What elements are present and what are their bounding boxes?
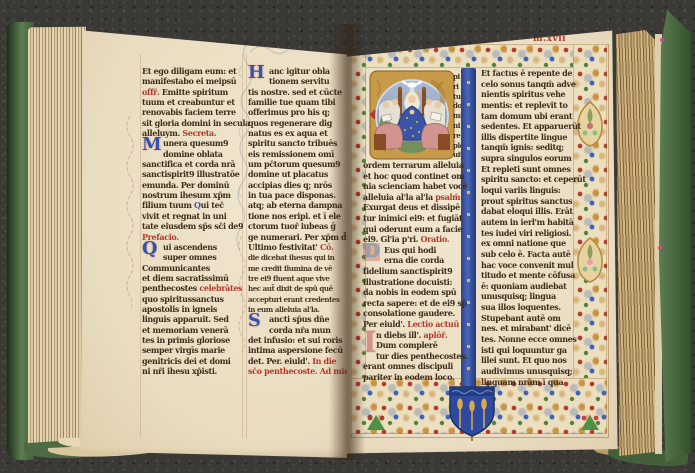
text-line: corda nr̄a mun <box>248 325 348 335</box>
text-line: Et repleti sunt omnes <box>481 164 571 175</box>
text-segment: in tua pace disponas. <box>248 190 336 200</box>
text-segment: anc igitur obla <box>269 66 330 76</box>
gold-teardrop-motif <box>575 236 605 284</box>
ruling-line <box>140 54 141 438</box>
text-segment: In die <box>312 356 336 366</box>
text-line: et diem sacratissimū <box>142 273 242 283</box>
text-line: unusquisq; lingua <box>481 291 571 302</box>
text-segment: ex omni natione que <box>481 238 566 248</box>
text-segment: apostolis in igneis <box>142 304 217 314</box>
text-segment: prout spiritus sanctus <box>481 196 572 206</box>
text-line: hac voce convenit mul <box>481 260 571 271</box>
text-segment: tur inimici ei9: et fugiāt <box>363 213 462 223</box>
text-line: det. Per. eiuld'. In die <box>248 356 348 366</box>
text-line: alleluia al'la al'la psalm̄ <box>363 192 459 203</box>
text-segment: ni nr̄i ihesu xp̄isti. <box>142 366 217 376</box>
pentecost-miniature <box>369 70 455 160</box>
text-segment: linguis apparuit. Sed <box>142 314 229 324</box>
text-segment: det infusio: et sui roris <box>248 335 342 345</box>
text-line: sua illos loquentes. <box>481 302 571 313</box>
text-line: autem in ierl'm habitā <box>481 217 571 228</box>
text-line: Et ego diligam eum: et <box>142 66 242 76</box>
text-line: nes. et mirabant' dicē <box>481 323 571 334</box>
text-segment: tanqm̄ ignis: seditq; <box>481 142 564 152</box>
text-line: um pc̄torum quesum9 <box>248 159 348 169</box>
text-segment: supra singulos eorum <box>481 153 571 163</box>
text-segment: aplōr̄. <box>423 330 447 340</box>
text-segment: erna die corda <box>384 255 444 265</box>
pen-flourish-red <box>122 112 138 327</box>
text-line: loqui variis linguis: <box>481 185 571 196</box>
text-line: ex omni natione que <box>481 238 571 249</box>
text-line: nia scienciam habet vocē <box>363 181 459 192</box>
text-line: titudo et mente cōfusa <box>481 270 571 281</box>
text-segment: autem in ierl'm habitā <box>481 217 574 227</box>
text-line: linguam nrām ī qua <box>481 377 571 388</box>
text-segment: renovabis faciem terre <box>142 107 236 117</box>
text-segment: Ultimo festivitat' <box>248 242 320 252</box>
text-segment: sanctifica et corda nrā <box>142 159 235 169</box>
left-page-stack-edge <box>28 27 86 456</box>
text-line: offerimus pro his q; <box>248 107 348 117</box>
text-line: sanctifica et corda nrā <box>142 159 242 169</box>
text-segment: ge numerari. Per xp̄m d̄. <box>248 232 349 242</box>
text-line: linguis apparuit. Sed <box>142 314 242 324</box>
text-segment: illustratione docuisti: <box>363 277 452 287</box>
text-line: qui oderunt eum a facie <box>363 224 459 235</box>
text-segment: unera quesum9 <box>163 138 228 148</box>
text-line: tes. Nonne ecce omnes <box>481 334 571 345</box>
open-book: Et ego diligam eum: etmanifestabo ei mei… <box>0 0 695 473</box>
text-segment: accipias dies q; nrōs <box>248 180 332 190</box>
text-line: tate eiusdem sp̄s sc̄i de9 <box>142 221 242 231</box>
text-segment: Communicantes <box>142 263 210 273</box>
text-line: filium tuum Qui tec̄ <box>142 200 242 210</box>
ruling-line <box>242 54 243 438</box>
green-leaf-cluster <box>365 414 387 432</box>
text-line: tur dies penthecostes. <box>363 351 459 362</box>
text-segment: spiritu sancto tribuēs <box>248 138 337 148</box>
right-page: m̄.xvii 105 <box>347 24 619 460</box>
text-line: spiritu sancto tribuēs <box>248 138 348 148</box>
text-segment: eis remissionem omī <box>248 149 334 159</box>
text-segment: intima aspersione fecū <box>248 345 343 355</box>
column-divider-bar <box>461 68 476 388</box>
text-segment: et hoc quod continet om <box>363 171 464 181</box>
text-segment: Q <box>194 200 201 210</box>
text-segment: Dum complerē <box>376 340 438 350</box>
text-line: renovabis faciem terre <box>142 107 242 117</box>
text-segment: isti qui loquuntur ga <box>481 345 567 355</box>
bench <box>438 134 450 150</box>
left-page-column-1: Et ego diligam eum: etmanifestabo ei mei… <box>142 66 242 376</box>
text-segment: sanctispirit9 illustratōe <box>142 169 239 179</box>
text-line: Stupebant autē om <box>481 313 571 324</box>
text-segment: recta sapere: et de ei9 sp̄ <box>363 298 467 308</box>
left-page: Et ego diligam eum: etmanifestabo ei mei… <box>78 24 347 460</box>
text-segment: fidelium sanctispirit9 <box>363 266 452 276</box>
text-line: spiritu sancto: et ceperūt <box>481 174 571 185</box>
right-fore-edge <box>616 30 658 456</box>
text-segment: ē: quoniam audiebat <box>481 281 566 291</box>
running-head: m̄.xvii <box>533 34 566 44</box>
text-segment: et diem sacratissimū <box>142 273 229 283</box>
text-segment: nientis spiritus vehe <box>481 89 565 99</box>
text-line: Et factus ē repente de <box>481 68 571 79</box>
text-line: semper virgīs marie <box>142 345 242 355</box>
text-segment: celo sonus tanqm̄ adve <box>481 79 576 89</box>
text-line: audivimus unusquisq; <box>481 366 571 377</box>
text-line: eis remissionem omī <box>248 149 348 159</box>
text-line: supra singulos eorum <box>481 153 571 164</box>
text-segment: pariter in eodem loco. <box>363 372 454 382</box>
right-page-column-2: Et factus ē repente decelo sonus tanqm̄ … <box>481 68 571 387</box>
text-line: recta sapere: et de ei9 sp̄ <box>363 298 459 309</box>
text-line: apostolis in igneis <box>142 304 242 314</box>
text-segment: spiritu sancto: et ceperūt <box>481 174 586 184</box>
text-segment: sua illos loquentes. <box>481 302 561 312</box>
text-segment: quos regenerare dig <box>248 118 332 128</box>
pink-edge-mark <box>660 38 664 42</box>
text-segment: filium tuum <box>142 200 194 210</box>
text-segment: tam domum ubi erant <box>481 111 572 121</box>
text-segment: nostrum ihesum xp̄m <box>142 190 231 200</box>
text-line: sc̄o penthecoste. Ad missā. <box>248 366 348 376</box>
text-line: in tua pace disponas. <box>248 190 348 200</box>
text-line: tes in primis gloriose <box>142 335 242 345</box>
text-segment: psalm̄ <box>435 192 460 202</box>
text-segment: super omnes <box>163 252 216 262</box>
text-line: me credit flumina de vē <box>248 263 348 273</box>
text-line: accepturi erant credentes <box>248 294 348 304</box>
text-line: genitricis dei et domi <box>142 356 242 366</box>
text-line: ancti sp̄us dn̄e <box>248 314 348 324</box>
text-segment: re <box>453 131 460 140</box>
illuminated-initial: I <box>363 328 376 357</box>
text-segment: unusquisq; lingua <box>481 291 556 301</box>
text-line: illis dispertite lingue <box>481 132 571 143</box>
illuminated-border-top <box>351 44 607 68</box>
text-line: manifestabo ei meipsū <box>142 76 242 86</box>
text-line: Per eiuld'. Lectio actuū <box>363 319 459 330</box>
text-segment: titudo et mente cōfusa <box>481 270 575 280</box>
text-segment: offr̄. <box>142 87 162 97</box>
text-segment: penthecostes <box>142 283 199 293</box>
text-line: die dicebat ihesus qui in <box>248 252 348 262</box>
text-segment: sit gloria domini in secula <box>142 118 250 128</box>
text-line: tes iudei viri religiosi. <box>481 228 571 239</box>
text-line: emunda. Per dominū <box>142 180 242 190</box>
text-line: et hoc quod continet om <box>363 171 459 182</box>
text-line: nostrum ihesum xp̄m <box>142 190 242 200</box>
text-segment: linguam nrām ī qua <box>481 377 563 387</box>
green-leaf-cluster <box>579 414 601 432</box>
text-line: sit gloria domini in secula <box>142 118 242 128</box>
text-segment: qui oderunt eum a facie <box>363 224 462 234</box>
illuminated-initial: Q <box>142 240 157 258</box>
illuminated-initial: M <box>142 136 161 154</box>
text-line: Dum complerē <box>363 340 459 351</box>
text-line: mentis: et replevit to <box>481 100 571 111</box>
text-line: atq; ab eterna dampna <box>248 200 348 210</box>
illuminated-initial: S <box>248 312 260 330</box>
text-segment: ordem terrarum alleluia <box>363 160 464 170</box>
text-segment: hec aut̄ dixit de spū quē <box>248 284 333 293</box>
text-segment: atq; ab eterna dampna <box>248 200 342 210</box>
text-line: lilei sunt. Et quo nos <box>481 355 571 366</box>
text-segment: tes. Nonne ecce omnes <box>481 334 577 344</box>
text-line: tre ei9 fluent aque vive <box>248 273 348 283</box>
text-segment: semper virgīs marie <box>142 345 225 355</box>
text-segment: et memoriam venerā <box>142 325 228 335</box>
text-line: det infusio: et sui roris <box>248 335 348 345</box>
text-segment: dabat eloqui illis. Erāt <box>481 206 573 216</box>
text-segment: um pc̄torum quesum9 <box>248 159 340 169</box>
text-segment: nia scienciam habet vocē <box>363 181 467 191</box>
text-segment: tione nos eripi. et ī ele <box>248 211 341 221</box>
pink-edge-mark <box>658 246 662 250</box>
text-segment: pi <box>453 72 460 81</box>
text-segment: mentis: et replevit to <box>481 100 567 110</box>
text-line: penthecostes celebrātes <box>142 283 242 293</box>
text-segment: audivimus unusquisq; <box>481 366 572 376</box>
text-line: natus es ex aqua et <box>248 128 348 138</box>
text-segment: manifestabo ei meipsū <box>142 76 236 86</box>
text-segment: nes. et mirabant' dicē <box>481 323 571 333</box>
text-segment: Et repleti sunt omnes <box>481 164 571 174</box>
left-page-column-2: anc igitur oblationem servitutis nostre.… <box>248 66 348 376</box>
text-segment: vivit et regnat in uni <box>142 211 226 221</box>
text-line: ctorum tuor̄ iubeas ḡ <box>248 221 348 231</box>
text-segment: ui ascendens <box>163 242 217 252</box>
text-segment: consolatione gaudere. <box>363 308 455 318</box>
pen-flourish-gray-top <box>248 40 343 58</box>
ruling-line <box>246 54 247 438</box>
text-line: vivit et regnat in uni <box>142 211 242 221</box>
text-segment: domine oblata <box>163 149 223 159</box>
text-segment: tes in primis gloriose <box>142 335 230 345</box>
text-line: intima aspersione fecū <box>248 345 348 355</box>
text-line: pariter in eodem loco. <box>363 372 459 383</box>
right-page-column-1: ordem terrarum alleluiaet hoc quod conti… <box>363 160 459 382</box>
text-segment: tis nostre. sed et cūcte <box>248 87 342 97</box>
text-segment: sedentes. Et apparuerūt <box>481 121 581 131</box>
text-segment: celebrātes <box>199 283 242 293</box>
text-segment: familie tue quam tibi <box>248 97 335 107</box>
text-line: tuum et creabuntur et <box>142 97 242 107</box>
text-segment: offerimus pro his q; <box>248 107 330 117</box>
text-segment: ni <box>453 121 460 130</box>
text-line: tam domum ubi erant <box>481 111 571 122</box>
text-segment: ui tec̄ <box>201 200 224 210</box>
virgin-face <box>408 95 416 103</box>
text-line: Ultimo festivitat' Cō. <box>248 242 348 252</box>
text-segment: loqui variis linguis: <box>481 185 560 195</box>
text-segment: da nobis in eodem spū <box>363 287 456 297</box>
text-segment: Lectio actuū <box>407 319 459 329</box>
text-segment: sc̄o penthecoste. Ad missā. <box>248 366 360 376</box>
text-line: tur inimici ei9: et fugiāt <box>363 213 459 224</box>
folio-number: 105 <box>603 23 619 33</box>
text-segment: Emitte spiritum <box>162 87 228 97</box>
text-line: prout spiritus sanctus <box>481 196 571 207</box>
text-segment: tre ei9 fluent aque vive <box>248 274 329 283</box>
text-line: offr̄. Emitte spiritum <box>142 87 242 97</box>
text-segment: ancti sp̄us dn̄e <box>269 314 329 324</box>
text-segment: genitricis dei et domi <box>142 356 231 366</box>
wheat-ear-shield <box>447 384 497 442</box>
text-segment: domine ut placatus <box>248 169 328 179</box>
text-line: Exurgat deus et dissipē <box>363 202 459 213</box>
illuminated-initial: H <box>248 64 264 82</box>
text-segment: natus es ex aqua et <box>248 128 328 138</box>
text-line: illustratione docuisti: <box>363 277 459 288</box>
text-line: domine ut placatus <box>248 169 348 179</box>
text-line: sub celo ē. Facta autē <box>481 249 571 260</box>
text-line: tione nos eripi. et ī ele <box>248 211 348 221</box>
text-line: quos regenerare dig <box>248 118 348 128</box>
text-line: nientis spiritus vehe <box>481 89 571 100</box>
text-line: sedentes. Et apparuerūt <box>481 121 571 132</box>
text-line: dabat eloqui illis. Erāt <box>481 206 571 217</box>
text-segment: tate eiusdem sp̄s sc̄i de9 <box>142 221 243 231</box>
praying-hands <box>410 110 415 115</box>
text-segment: Et factus ē repente de <box>481 68 572 78</box>
text-segment: quo spiritussanctus <box>142 294 224 304</box>
text-line: n diebs ill'. aplōr̄. <box>363 330 459 341</box>
text-segment: n diebs ill'. <box>376 330 423 340</box>
text-segment: illis dispertite lingue <box>481 132 567 142</box>
text-segment: Et ego diligam eum: et <box>142 66 236 76</box>
text-segment: Eus qui hodi <box>384 245 436 255</box>
text-segment: tes iudei viri religiosi. <box>481 228 571 238</box>
text-segment: Oratio. <box>421 234 450 244</box>
text-line: da nobis in eodem spū <box>363 287 459 298</box>
text-segment: lilei sunt. Et quo nos <box>481 355 567 365</box>
text-segment: Exurgat deus et dissipē <box>363 202 460 212</box>
text-line: accipias dies q; nrōs <box>248 180 348 190</box>
text-segment: Stupebant autē om <box>481 313 560 323</box>
bench <box>374 134 386 150</box>
text-line: et memoriam venerā <box>142 325 242 335</box>
text-line: celo sonus tanqm̄ adve <box>481 79 571 90</box>
text-segment: corda nr̄a mun <box>269 325 331 335</box>
text-segment: erant omnes discipuli <box>363 361 453 371</box>
text-segment: accepturi erant credentes <box>248 295 340 304</box>
text-segment: ctorum tuor̄ iubeas ḡ <box>248 221 336 231</box>
text-segment: die dicebat ihesus qui in <box>248 253 334 262</box>
text-segment: tionem servitu <box>269 76 329 86</box>
text-line: hec aut̄ dixit de spū quē <box>248 283 348 293</box>
text-line: fidelium sanctispirit9 <box>363 266 459 277</box>
text-line: erant omnes discipuli <box>363 361 459 372</box>
text-line: tanqm̄ ignis: seditq; <box>481 142 571 153</box>
text-segment: me credit flumina de vē <box>248 264 332 273</box>
text-segment: ri <box>453 82 459 91</box>
text-line: ge numerari. Per xp̄m d̄. <box>248 232 348 242</box>
text-line: tis nostre. sed et cūcte <box>248 87 348 97</box>
illuminated-initial: D <box>363 243 380 261</box>
text-segment: hac voce convenit mul <box>481 260 573 270</box>
text-line: sanctispirit9 illustratōe <box>142 169 242 179</box>
text-segment: Cō. <box>320 242 333 252</box>
text-segment: sub celo ē. Facta autē <box>481 249 571 259</box>
right-cover-green-edge <box>659 10 691 462</box>
manuscript-photo: Et ego diligam eum: etmanifestabo ei mei… <box>0 0 695 473</box>
text-segment: emunda. Per dominū <box>142 180 229 190</box>
text-line: ni nr̄i ihesu xp̄isti. <box>142 366 242 376</box>
text-segment: alleluia al'la al'la <box>363 192 435 202</box>
text-segment: det. Per. eiuld'. <box>248 356 312 366</box>
text-line: quo spiritussanctus <box>142 294 242 304</box>
text-line: consolatione gaudere. <box>363 308 459 319</box>
text-line: ordem terrarum alleluia <box>363 160 459 171</box>
text-line: isti qui loquuntur ga <box>481 345 571 356</box>
text-segment: Secreta. <box>182 128 216 138</box>
text-segment: tur dies penthecostes. <box>376 351 468 361</box>
text-line: Communicantes <box>142 263 242 273</box>
text-line: familie tue quam tibi <box>248 97 348 107</box>
text-line: ē: quoniam audiebat <box>481 281 571 292</box>
text-segment: tuum et creabuntur et <box>142 97 235 107</box>
text-line: in eum alleluia al'la. <box>248 304 348 314</box>
